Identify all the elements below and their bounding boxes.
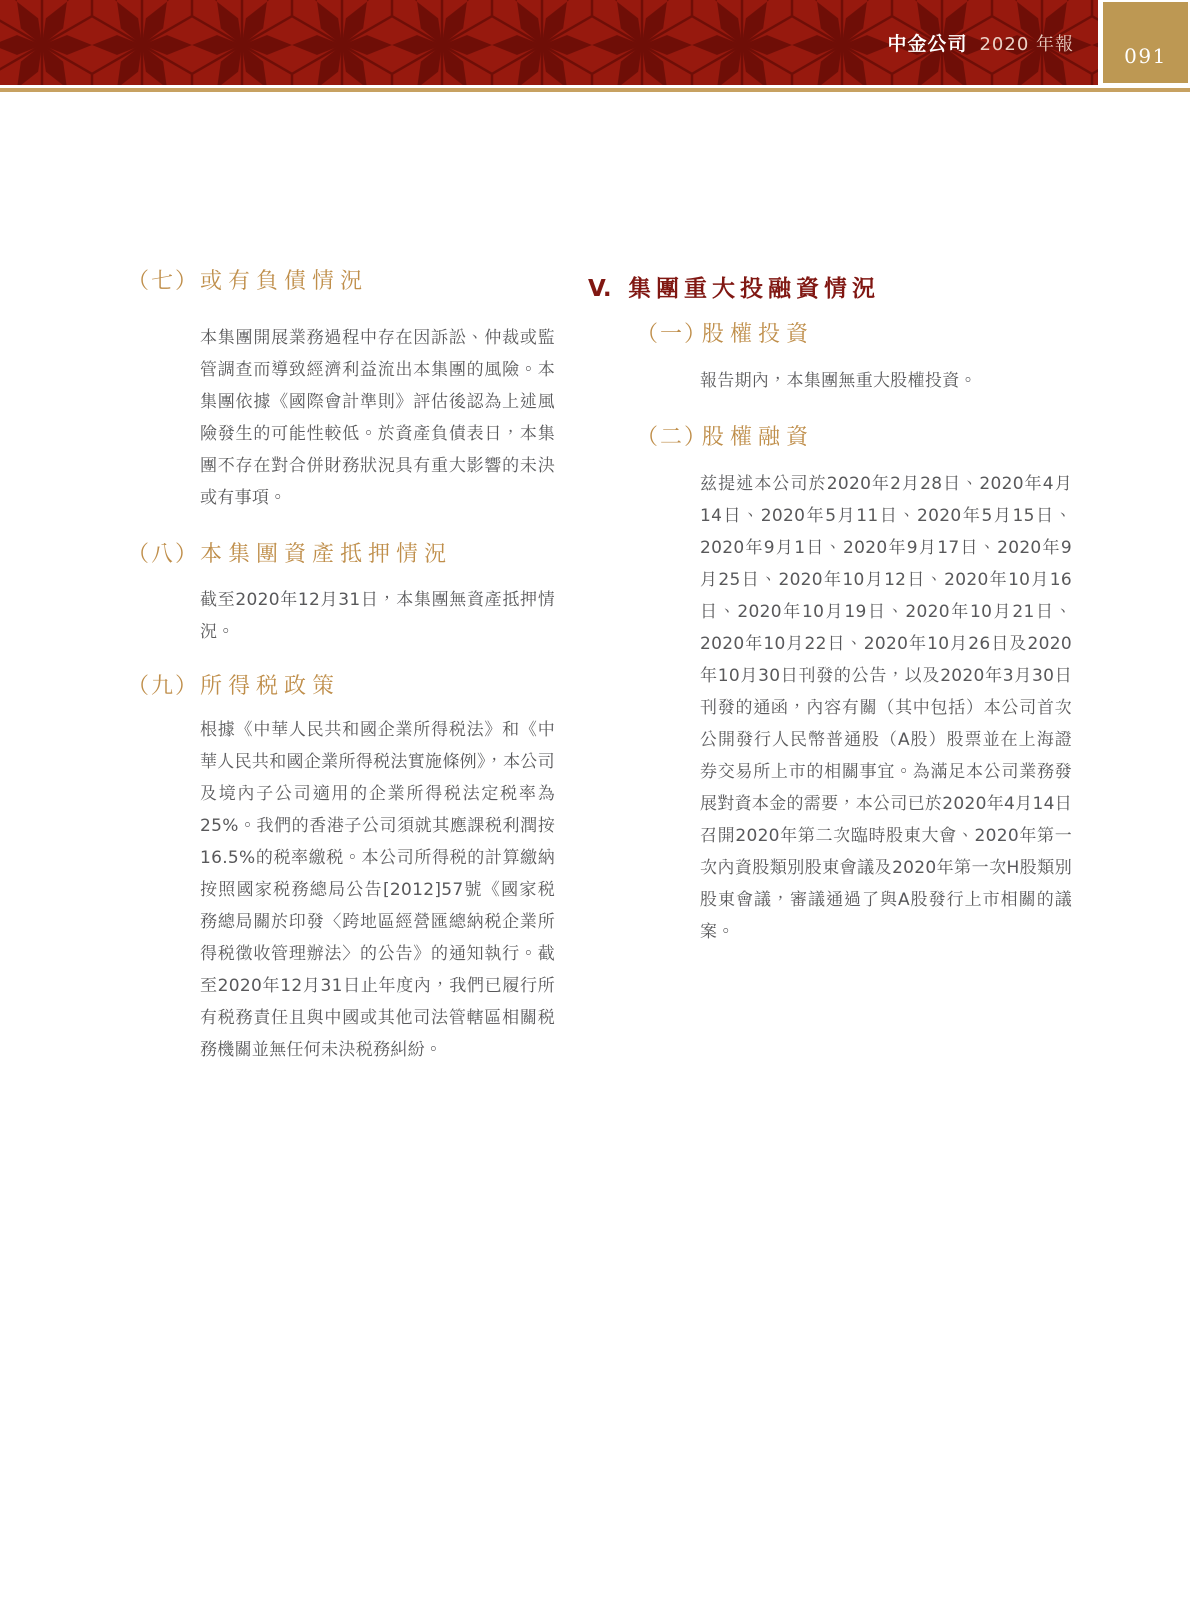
section-9-title: 所得税政策 — [200, 672, 340, 702]
page-number-box: 091 — [1103, 2, 1188, 83]
header-title: 中金公司 2020 年報 — [887, 0, 1074, 85]
company-name: 中金公司 — [887, 29, 967, 56]
subsection-1-heading: （一） 股權投資 — [636, 320, 814, 350]
section-7-heading: （七） 或有負債情況 — [127, 267, 368, 297]
subsection-1-number: （一） — [636, 320, 702, 350]
section-v-heading: V. 集團重大投融資情況 — [588, 274, 880, 304]
section-8-body: 截至2020年12月31日，本集團無資產抵押情況。 — [200, 584, 555, 648]
section-v-title: 集團重大投融資情況 — [628, 274, 880, 304]
section-9-body: 根據《中華人民共和國企業所得税法》和《中華人民共和國企業所得税法實施條例》，本公… — [200, 714, 555, 1066]
section-9-heading: （九） 所得税政策 — [127, 672, 340, 702]
subsection-2-number: （二） — [636, 423, 702, 453]
page-number: 091 — [1124, 46, 1167, 66]
header-band: 中金公司 2020 年報 — [0, 0, 1098, 85]
header-rule — [0, 88, 1190, 92]
report-page: 中金公司 2020 年報 091 （七） 或有負債情況 本集團開展業務過程中存在… — [0, 0, 1190, 1615]
subsection-1-title: 股權投資 — [702, 320, 814, 350]
report-edition: 2020 年報 — [979, 30, 1074, 56]
section-7-body: 本集團開展業務過程中存在因訴訟、仲裁或監管調查而導致經濟利益流出本集團的風險。本… — [200, 322, 555, 514]
section-7-number: （七） — [127, 267, 200, 297]
section-8-title: 本集團資產抵押情況 — [200, 540, 452, 570]
section-v-number: V. — [588, 274, 628, 304]
section-7-title: 或有負債情況 — [200, 267, 368, 297]
subsection-2-body: 兹提述本公司於2020年2月28日、2020年4月14日、2020年5月11日、… — [700, 468, 1072, 948]
subsection-2-heading: （二） 股權融資 — [636, 423, 814, 453]
section-8-heading: （八） 本集團資產抵押情況 — [127, 540, 452, 570]
subsection-1-body: 報告期內，本集團無重大股權投資。 — [700, 365, 1072, 397]
section-8-number: （八） — [127, 540, 200, 570]
subsection-2-title: 股權融資 — [702, 423, 814, 453]
section-9-number: （九） — [127, 672, 200, 702]
